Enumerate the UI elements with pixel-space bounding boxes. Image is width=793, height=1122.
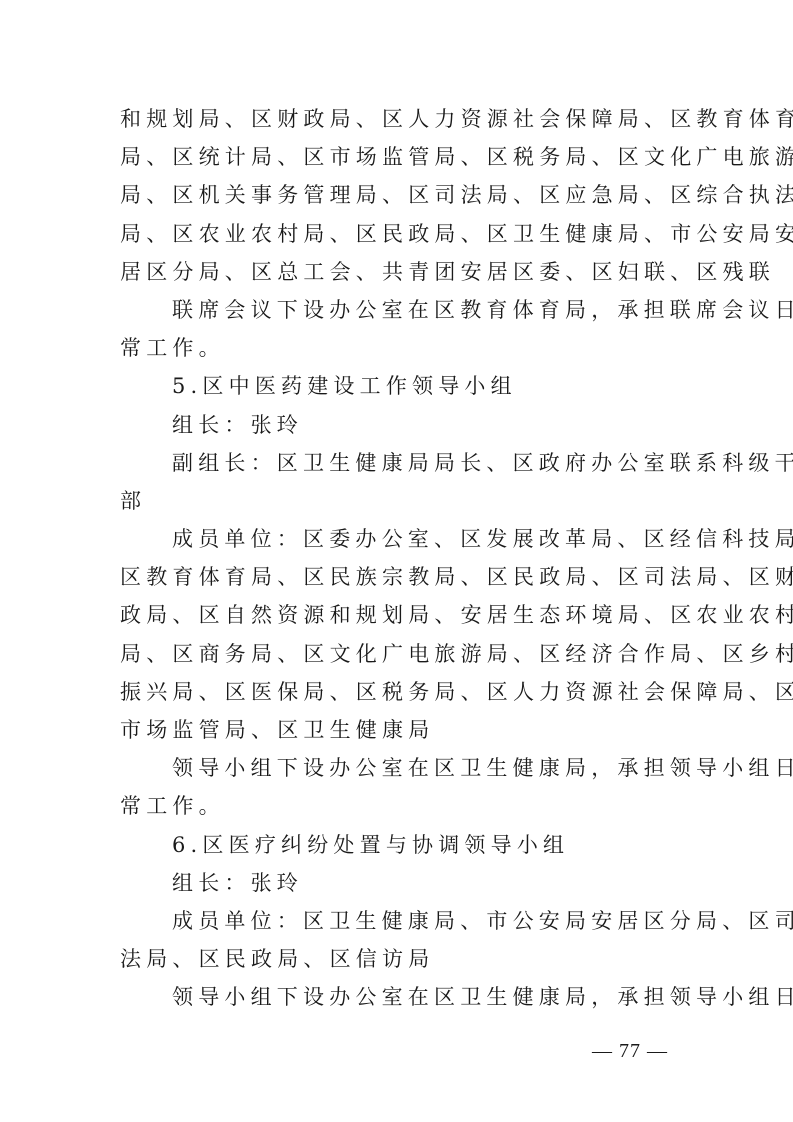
deputy-leader-5: 副组长：区卫生健康局局长、区政府办公室联系科级干 (120, 444, 672, 482)
member-units-5-line-4: 局、区商务局、区文化广电旅游局、区经济合作局、区乡村 (120, 635, 672, 673)
section-heading-5: 5.区中医药建设工作领导小组 (120, 367, 672, 405)
member-units-5-line-3: 政局、区自然资源和规划局、安居生态环境局、区农业农村 (120, 596, 672, 634)
deputy-leader-5-end: 部 (120, 482, 672, 520)
paragraph-office-note-5-end: 常工作。 (120, 787, 672, 825)
text-line-1: 和规划局、区财政局、区人力资源社会保障局、区教育体育 (120, 100, 672, 138)
paragraph-office-note-1: 联席会议下设办公室在区教育体育局，承担联席会议日 (120, 291, 672, 329)
member-units-6: 成员单位：区卫生健康局、市公安局安居区分局、区司 (120, 902, 672, 940)
member-units-6-end: 法局、区民政局、区信访局 (120, 940, 672, 978)
section-heading-6: 6.区医疗纠纷处置与协调领导小组 (120, 826, 672, 864)
member-units-5-line-6: 市场监管局、区卫生健康局 (120, 711, 672, 749)
text-line-2: 局、区统计局、区市场监管局、区税务局、区文化广电旅游 (120, 138, 672, 176)
text-line-3: 局、区机关事务管理局、区司法局、区应急局、区综合执法 (120, 176, 672, 214)
page-number: — 77 — (580, 1040, 680, 1063)
paragraph-office-note-5: 领导小组下设办公室在区卫生健康局，承担领导小组日 (120, 749, 672, 787)
member-units-5-line-2: 区教育体育局、区民族宗教局、区民政局、区司法局、区财 (120, 558, 672, 596)
text-line-4: 局、区农业农村局、区民政局、区卫生健康局、市公安局安 (120, 215, 672, 253)
group-leader-5: 组长：张玲 (120, 406, 672, 444)
document-body: 和规划局、区财政局、区人力资源社会保障局、区教育体育 局、区统计局、区市场监管局… (120, 100, 672, 1017)
paragraph-office-note-6: 领导小组下设办公室在区卫生健康局，承担领导小组日 (120, 978, 672, 1016)
group-leader-6: 组长：张玲 (120, 864, 672, 902)
text-line-5: 居区分局、区总工会、共青团安居区委、区妇联、区残联 (120, 253, 672, 291)
member-units-5: 成员单位：区委办公室、区发展改革局、区经信科技局、 (120, 520, 672, 558)
member-units-5-line-5: 振兴局、区医保局、区税务局、区人力资源社会保障局、区 (120, 673, 672, 711)
paragraph-office-note-1-end: 常工作。 (120, 329, 672, 367)
